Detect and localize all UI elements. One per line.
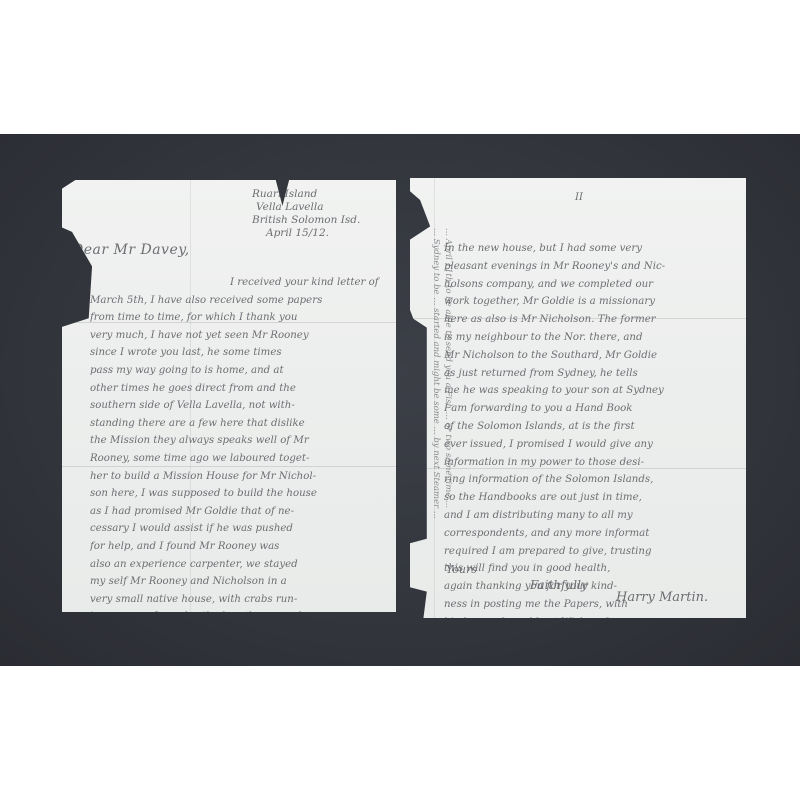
letter-page-1: Ruari Island Vella Lavella British Solom… [62,180,396,612]
body-line: ever issued, I promised I would give any [444,436,742,454]
sender-address: Ruari Island Vella Lavella British Solom… [252,188,372,240]
address-line-1: Ruari Island [252,188,372,201]
body-line: I received your kind letter of [90,274,388,292]
letter-date: April 15/12. [252,227,372,240]
letter-body-page-2: In the new house, but I had some very pl… [444,240,742,632]
body-line: March 5th, I have also received some pap… [90,292,388,310]
body-line: her to build a Mission House for Mr Nich… [90,468,388,486]
body-line: my self Mr Rooney and Nicholson in a [90,573,388,591]
body-line: the Mission they always speaks well of M… [90,432,388,450]
page-number: II [575,192,583,203]
body-line: of the Solomon Islands, at is the first [444,418,742,436]
body-line: other times he goes direct from and the [90,380,388,398]
body-line: very small native house, with crabs run- [90,591,388,609]
letter-page-2: II ... April 11th to be able to send you… [410,178,746,618]
body-line: since I wrote you last, he some times [90,344,388,362]
body-line: standing there are a few here that disli… [90,415,388,433]
closing-yours: Yours [446,563,477,576]
closing-faithfully: Faithfully [530,578,588,592]
body-line: and I am distributing many to all my [444,507,742,525]
body-line: Rooney, some time ago we laboured toget- [90,450,388,468]
body-line: me he was speaking to your son at Sydney [444,382,742,400]
body-line: is my neighbour to the Nor. there, and [444,329,742,347]
address-line-3: British Solomon Isd. [252,214,372,227]
body-line: for help, and I found Mr Rooney was [90,538,388,556]
body-line: this will find you in good health, [444,560,742,578]
signature: Harry Martin. [616,590,708,605]
body-line: here as also is Mr Nicholson. The former [444,311,742,329]
body-line: In the new house, but I had some very [444,240,742,258]
body-line: I am forwarding to you a Hand Book [444,400,742,418]
body-line: as just returned from Sydney, he tells [444,365,742,383]
address-line-2: Vella Lavella [252,201,372,214]
body-line: son here, I was supposed to build the ho… [90,485,388,503]
body-line: cessary I would assist if he was pushed [90,520,388,538]
body-line: also an experience carpenter, we stayed [90,556,388,574]
body-line: pleasant evenings in Mr Rooney's and Nic… [444,258,742,276]
body-line: so the Handbooks are out just in time, [444,489,742,507]
body-line: holsons company, and we completed our [444,276,742,294]
body-line: from time to time, for which I thank you [90,309,388,327]
letter-body-page-1: I received your kind letter of March 5th… [90,274,388,661]
body-line: required I am prepared to give, trusting [444,543,742,561]
body-line: work together, Mr Goldie is a missionary [444,293,742,311]
body-line: as I had promised Mr Goldie that of ne- [90,503,388,521]
body-line: pass my way going to is home, and at [90,362,388,380]
salutation: Dear Mr Davey, [72,242,190,258]
body-line: correspondents, and any more informat [444,525,742,543]
body-line: Mr Nicholson to the Southard, Mr Goldie [444,347,742,365]
body-line: very much, I have not yet seen Mr Rooney [90,327,388,345]
body-line: information in my power to those desi- [444,454,742,472]
body-line: southern side of Vella Lavella, not with… [90,397,388,415]
body-line: ring information of the Solomon Islands, [444,471,742,489]
margin-note-line: ... Sydney to be ... started and might b… [430,228,442,608]
